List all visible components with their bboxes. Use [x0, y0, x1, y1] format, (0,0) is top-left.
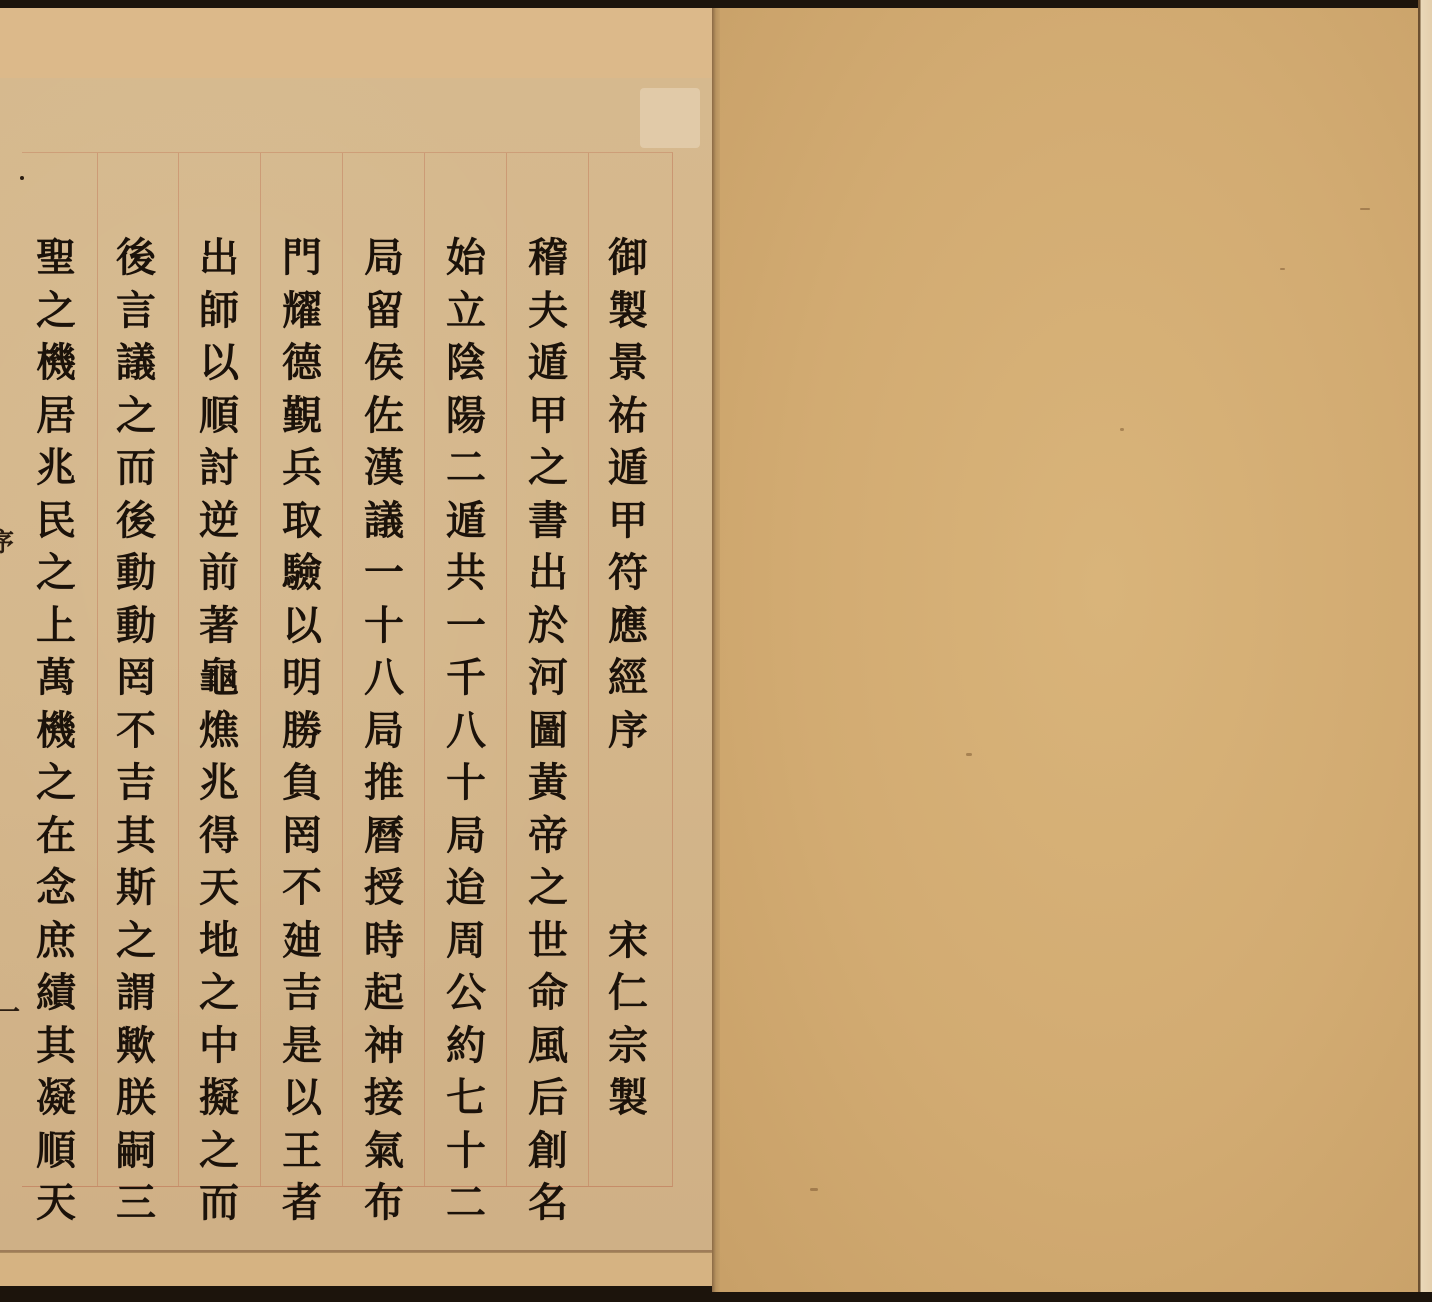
text-column-2: 始立陰陽二遁共一千八十局迨周公約七十二 始立陰陽二遁共一千八十局迨周公約七十二 — [436, 232, 496, 1230]
glyph: 河 — [518, 652, 578, 705]
text-column-7: 聖之機居兆民之上萬機之在念庶績其凝順天 聖之機居兆民之上萬機之在念庶績其凝順天 — [26, 232, 86, 1230]
glyph: 斯 — [106, 862, 166, 915]
glyph: 擬 — [189, 1072, 249, 1125]
paper-speck — [1360, 208, 1370, 210]
glyph: 之 — [189, 967, 249, 1020]
glyph: 天 — [189, 862, 249, 915]
glyph: 布 — [354, 1177, 414, 1230]
glyph: 罔 — [106, 652, 166, 705]
glyph: 甲 — [518, 390, 578, 443]
glyph: 漢 — [354, 442, 414, 495]
glyph: 逆 — [189, 495, 249, 548]
glyph: 圖 — [518, 705, 578, 758]
glyph: 之 — [26, 547, 86, 600]
glyph: 廸 — [272, 915, 332, 968]
text-column-4: 門耀德覲兵取驗以明勝負罔不廸吉是以王者 門耀德覲兵取驗以明勝負罔不廸吉是以王者 — [272, 232, 332, 1230]
glyph: 議 — [106, 337, 166, 390]
glyph: 吉 — [272, 967, 332, 1020]
page-number: 一 — [0, 992, 20, 1029]
glyph: 景 — [598, 337, 658, 390]
paper-speck — [1280, 268, 1285, 270]
glyph: 曆 — [354, 810, 414, 863]
glyph: 立 — [436, 285, 496, 338]
glyph: 佐 — [354, 390, 414, 443]
glyph: 動 — [106, 547, 166, 600]
glyph: 公 — [436, 967, 496, 1020]
glyph: 祐 — [598, 390, 658, 443]
glyph: 宋 — [598, 915, 658, 968]
ink-dot — [20, 176, 24, 180]
glyph: 聖 — [26, 232, 86, 285]
glyph: 十 — [436, 1125, 496, 1178]
glyph: 以 — [272, 1072, 332, 1125]
paper-speck — [1120, 428, 1124, 431]
glyph: 十 — [436, 757, 496, 810]
glyph: 授 — [354, 862, 414, 915]
glyph: 庶 — [26, 915, 86, 968]
glyph: 機 — [26, 705, 86, 758]
glyph: 討 — [189, 442, 249, 495]
book-spread: 御製景祐遁甲符應經序 宋仁宗製 御製景祐遁甲符應經序 宋仁宗製 稽夫遁甲之書出於… — [0, 0, 1432, 1302]
glyph: 八 — [354, 652, 414, 705]
column-rule — [342, 153, 343, 1186]
text-column-1: 稽夫遁甲之書出於河圖黃帝之世命風后創名 稽夫遁甲之書出於河圖黃帝之世命風后創名 — [518, 232, 578, 1230]
glyph: 龜 — [189, 652, 249, 705]
glyph: 師 — [189, 285, 249, 338]
glyph: 創 — [518, 1125, 578, 1178]
glyph: 推 — [354, 757, 414, 810]
scan-border-top — [0, 0, 1432, 8]
glyph: 共 — [436, 547, 496, 600]
glyph: 明 — [272, 652, 332, 705]
glyph: 製 — [598, 285, 658, 338]
glyph: 順 — [26, 1125, 86, 1178]
text-column-3: 局留侯佐漢議一十八局推曆授時起神接氣布 局留侯佐漢議一十八局推曆授時起神接氣布 — [354, 232, 414, 1230]
glyph: 以 — [189, 337, 249, 390]
glyph: 後 — [106, 495, 166, 548]
glyph: 於 — [518, 600, 578, 653]
glyph: 氣 — [354, 1125, 414, 1178]
right-page-blank — [720, 8, 1418, 1294]
glyph: 燋 — [189, 705, 249, 758]
glyph: 帝 — [518, 810, 578, 863]
glyph: 御 — [598, 232, 658, 285]
glyph: 陰 — [436, 337, 496, 390]
text-column-6: 後言議之而後動動罔不吉其斯之謂歟朕嗣三 後言議之而後動動罔不吉其斯之謂歟朕嗣三 — [106, 232, 166, 1230]
glyph: 十 — [354, 600, 414, 653]
section-mark: 序 — [0, 522, 14, 559]
page-stack-edge — [1418, 0, 1432, 1302]
glyph: 迨 — [436, 862, 496, 915]
glyph: 命 — [518, 967, 578, 1020]
glyph: 序 — [598, 705, 658, 758]
glyph: 取 — [272, 495, 332, 548]
glyph: 是 — [272, 1020, 332, 1073]
glyph: 之 — [106, 915, 166, 968]
glyph: 前 — [189, 547, 249, 600]
glyph: 風 — [518, 1020, 578, 1073]
glyph: 之 — [106, 390, 166, 443]
glyph: 符 — [598, 547, 658, 600]
glyph: 中 — [189, 1020, 249, 1073]
glyph: 稽 — [518, 232, 578, 285]
paper-speck — [966, 753, 972, 756]
glyph: 局 — [354, 232, 414, 285]
glyph: 王 — [272, 1125, 332, 1178]
title-column: 御製景祐遁甲符應經序 宋仁宗製 御製景祐遁甲符應經序 宋仁宗製 — [598, 232, 658, 1125]
glyph: 德 — [272, 337, 332, 390]
glyph: 局 — [436, 810, 496, 863]
glyph: 三 — [106, 1177, 166, 1230]
glyph: 二 — [436, 442, 496, 495]
glyph: 千 — [436, 652, 496, 705]
glyph: 順 — [189, 390, 249, 443]
glyph: 兆 — [189, 757, 249, 810]
glyph: 書 — [518, 495, 578, 548]
glyph: 七 — [436, 1072, 496, 1125]
glyph: 嗣 — [106, 1125, 166, 1178]
glyph: 八 — [436, 705, 496, 758]
paper-speck — [810, 1188, 818, 1191]
glyph: 著 — [189, 600, 249, 653]
glyph: 凝 — [26, 1072, 86, 1125]
glyph: 夫 — [518, 285, 578, 338]
glyph: 製 — [598, 1072, 658, 1125]
glyph: 應 — [598, 600, 658, 653]
glyph: 議 — [354, 495, 414, 548]
glyph: 出 — [518, 547, 578, 600]
glyph: 約 — [436, 1020, 496, 1073]
glyph: 神 — [354, 1020, 414, 1073]
glyph: 周 — [436, 915, 496, 968]
glyph: 后 — [518, 1072, 578, 1125]
glyph: 機 — [26, 337, 86, 390]
glyph: 局 — [354, 705, 414, 758]
paper-wear-patch — [640, 88, 700, 148]
scan-border-bottom — [0, 1292, 1432, 1302]
glyph: 覲 — [272, 390, 332, 443]
glyph: 後 — [106, 232, 166, 285]
glyph: 時 — [354, 915, 414, 968]
glyph: 而 — [189, 1177, 249, 1230]
glyph: 居 — [26, 390, 86, 443]
column-rule — [424, 153, 425, 1186]
glyph: 以 — [272, 600, 332, 653]
glyph: 一 — [354, 547, 414, 600]
glyph: 其 — [106, 810, 166, 863]
glyph: 罔 — [272, 810, 332, 863]
glyph: 出 — [189, 232, 249, 285]
glyph: 遁 — [598, 442, 658, 495]
glyph: 留 — [354, 285, 414, 338]
glyph: 宗 — [598, 1020, 658, 1073]
column-rule — [588, 153, 589, 1186]
glyph: 世 — [518, 915, 578, 968]
glyph: 侯 — [354, 337, 414, 390]
glyph: 而 — [106, 442, 166, 495]
glyph: 萬 — [26, 652, 86, 705]
glyph: 門 — [272, 232, 332, 285]
glyph: 歟 — [106, 1020, 166, 1073]
text-column-5: 出師以順討逆前著龜燋兆得天地之中擬之而 出師以順討逆前著龜燋兆得天地之中擬之而 — [189, 232, 249, 1230]
glyph: 言 — [106, 285, 166, 338]
glyph: 者 — [272, 1177, 332, 1230]
glyph: 績 — [26, 967, 86, 1020]
glyph: 二 — [436, 1177, 496, 1230]
glyph: 之 — [189, 1125, 249, 1178]
glyph: 一 — [436, 600, 496, 653]
glyph: 負 — [272, 757, 332, 810]
glyph: 起 — [354, 967, 414, 1020]
glyph: 不 — [106, 705, 166, 758]
glyph: 勝 — [272, 705, 332, 758]
column-rule — [260, 153, 261, 1186]
column-rule — [97, 153, 98, 1186]
glyph: 甲 — [598, 495, 658, 548]
glyph: 朕 — [106, 1072, 166, 1125]
glyph: 之 — [518, 862, 578, 915]
glyph: 始 — [436, 232, 496, 285]
glyph: 民 — [26, 495, 86, 548]
glyph: 兵 — [272, 442, 332, 495]
glyph: 黃 — [518, 757, 578, 810]
glyph: 之 — [26, 757, 86, 810]
glyph: 謂 — [106, 967, 166, 1020]
glyph: 天 — [26, 1177, 86, 1230]
glyph: 經 — [598, 652, 658, 705]
glyph: 遁 — [518, 337, 578, 390]
glyph: 在 — [26, 810, 86, 863]
glyph: 遁 — [436, 495, 496, 548]
glyph: 念 — [26, 862, 86, 915]
glyph: 兆 — [26, 442, 86, 495]
glyph: 名 — [518, 1177, 578, 1230]
glyph: 陽 — [436, 390, 496, 443]
column-rule — [178, 153, 179, 1186]
glyph: 驗 — [272, 547, 332, 600]
glyph: 之 — [518, 442, 578, 495]
glyph: 地 — [189, 915, 249, 968]
glyph: 動 — [106, 600, 166, 653]
glyph: 吉 — [106, 757, 166, 810]
glyph: 上 — [26, 600, 86, 653]
glyph: 接 — [354, 1072, 414, 1125]
glyph: 耀 — [272, 285, 332, 338]
glyph: 其 — [26, 1020, 86, 1073]
glyph: 不 — [272, 862, 332, 915]
glyph: 得 — [189, 810, 249, 863]
glyph: 仁 — [598, 967, 658, 1020]
glyph: 之 — [26, 285, 86, 338]
column-rule — [506, 153, 507, 1186]
